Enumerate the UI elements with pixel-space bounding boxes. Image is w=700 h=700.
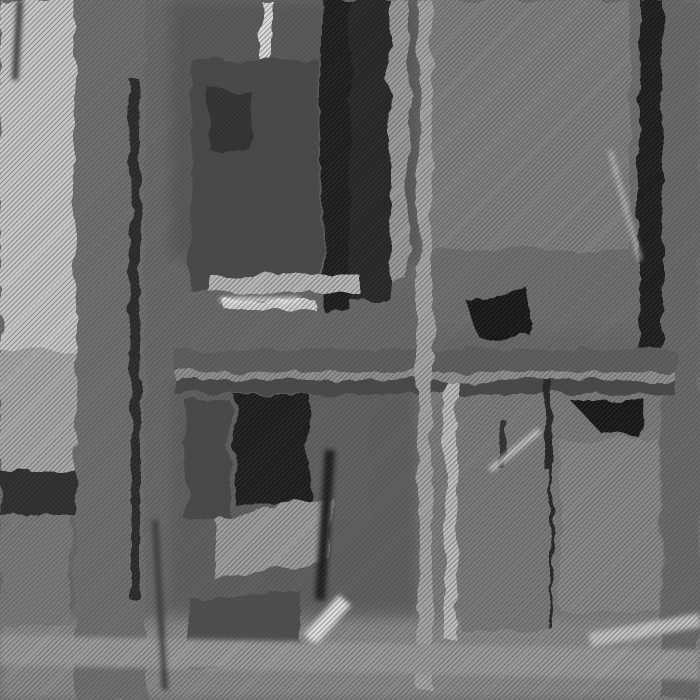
abstract-painting xyxy=(0,0,700,700)
painting-shapes xyxy=(0,0,700,700)
